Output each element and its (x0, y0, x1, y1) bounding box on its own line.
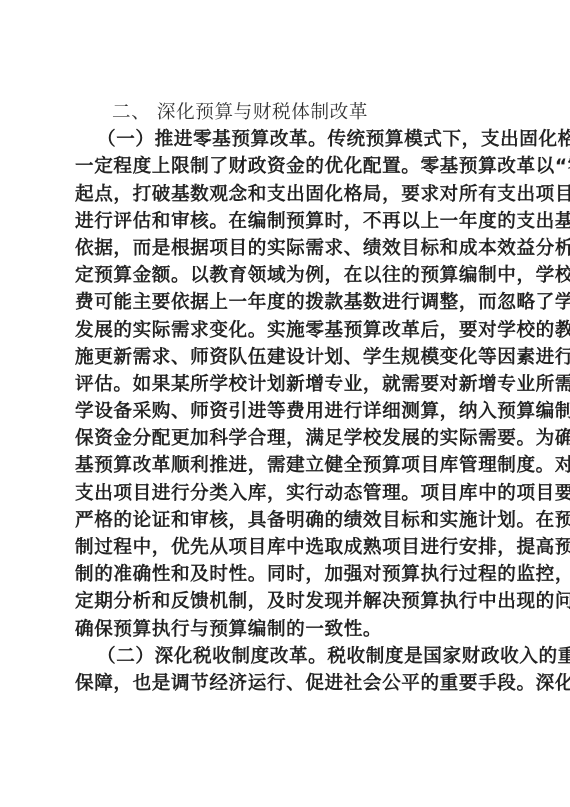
paragraph-1-line: 严格的论证和审核，具备明确的绩效目标和实施计划。在预算编 (75, 507, 495, 534)
paragraph-1-line: 发展的实际需求变化。实施零基预算改革后，要对学校的教学设 (75, 317, 495, 344)
paragraph-1-line: 依据，而是根据项目的实际需求、绩效目标和成本效益分析来确 (75, 235, 495, 262)
section-title: 二、 深化预算与财税体制改革 (75, 99, 495, 126)
paragraph-1-line: 一定程度上限制了财政资金的优化配置。零基预算改革以“零”为 (75, 153, 495, 180)
paragraph-1-line: 基预算改革顺利推进，需建立健全预算项目库管理制度。对各类 (75, 452, 495, 479)
paragraph-1-line: 学设备采购、师资引进等费用进行详细测算，纳入预算编制，确 (75, 398, 495, 425)
paragraph-1-line: （一）推进零基预算改革。传统预算模式下，支出固化格局在 (75, 126, 495, 153)
paragraph-1-line: 费可能主要依据上一年度的拨款基数进行调整，而忽略了学校 (75, 289, 495, 316)
paragraph-1-line: 制过程中，优先从项目库中选取成熟项目进行安排，提高预算编 (75, 534, 495, 561)
paragraph-1-line: 进行评估和审核。在编制预算时，不再以上一年度的支出基数为 (75, 208, 495, 235)
paragraph-1-line: 确保预算执行与预算编制的一致性。 (75, 616, 495, 643)
document-page: 二、 深化预算与财税体制改革 （一）推进零基预算改革。传统预算模式下，支出固化格… (75, 99, 495, 697)
paragraph-1-line: 支出项目进行分类入库，实行动态管理。项目库中的项目要经过 (75, 480, 495, 507)
paragraph-2-line: 保障，也是调节经济运行、促进社会公平的重要手段。深化税收 (75, 670, 495, 697)
paragraph-2-line: （二）深化税收制度改革。税收制度是国家财政收入的重要 (75, 643, 495, 670)
paragraph-1-line: 起点，打破基数观念和支出固化格局，要求对所有支出项目重新 (75, 181, 495, 208)
paragraph-1-line: 施更新需求、师资队伍建设计划、学生规模变化等因素进行全面 (75, 344, 495, 371)
paragraph-1-line: 定期分析和反馈机制，及时发现并解决预算执行中出现的问题， (75, 588, 495, 615)
paragraph-1-line: 评估。如果某所学校计划新增专业，就需要对新增专业所需的教 (75, 371, 495, 398)
paragraph-1-line: 保资金分配更加科学合理，满足学校发展的实际需要。为确保零 (75, 425, 495, 452)
paragraph-1-line: 制的准确性和及时性。同时，加强对预算执行过程的监控，建立 (75, 561, 495, 588)
paragraph-1-line: 定预算金额。以教育领域为例，在以往的预算编制中，学校的经 (75, 262, 495, 289)
